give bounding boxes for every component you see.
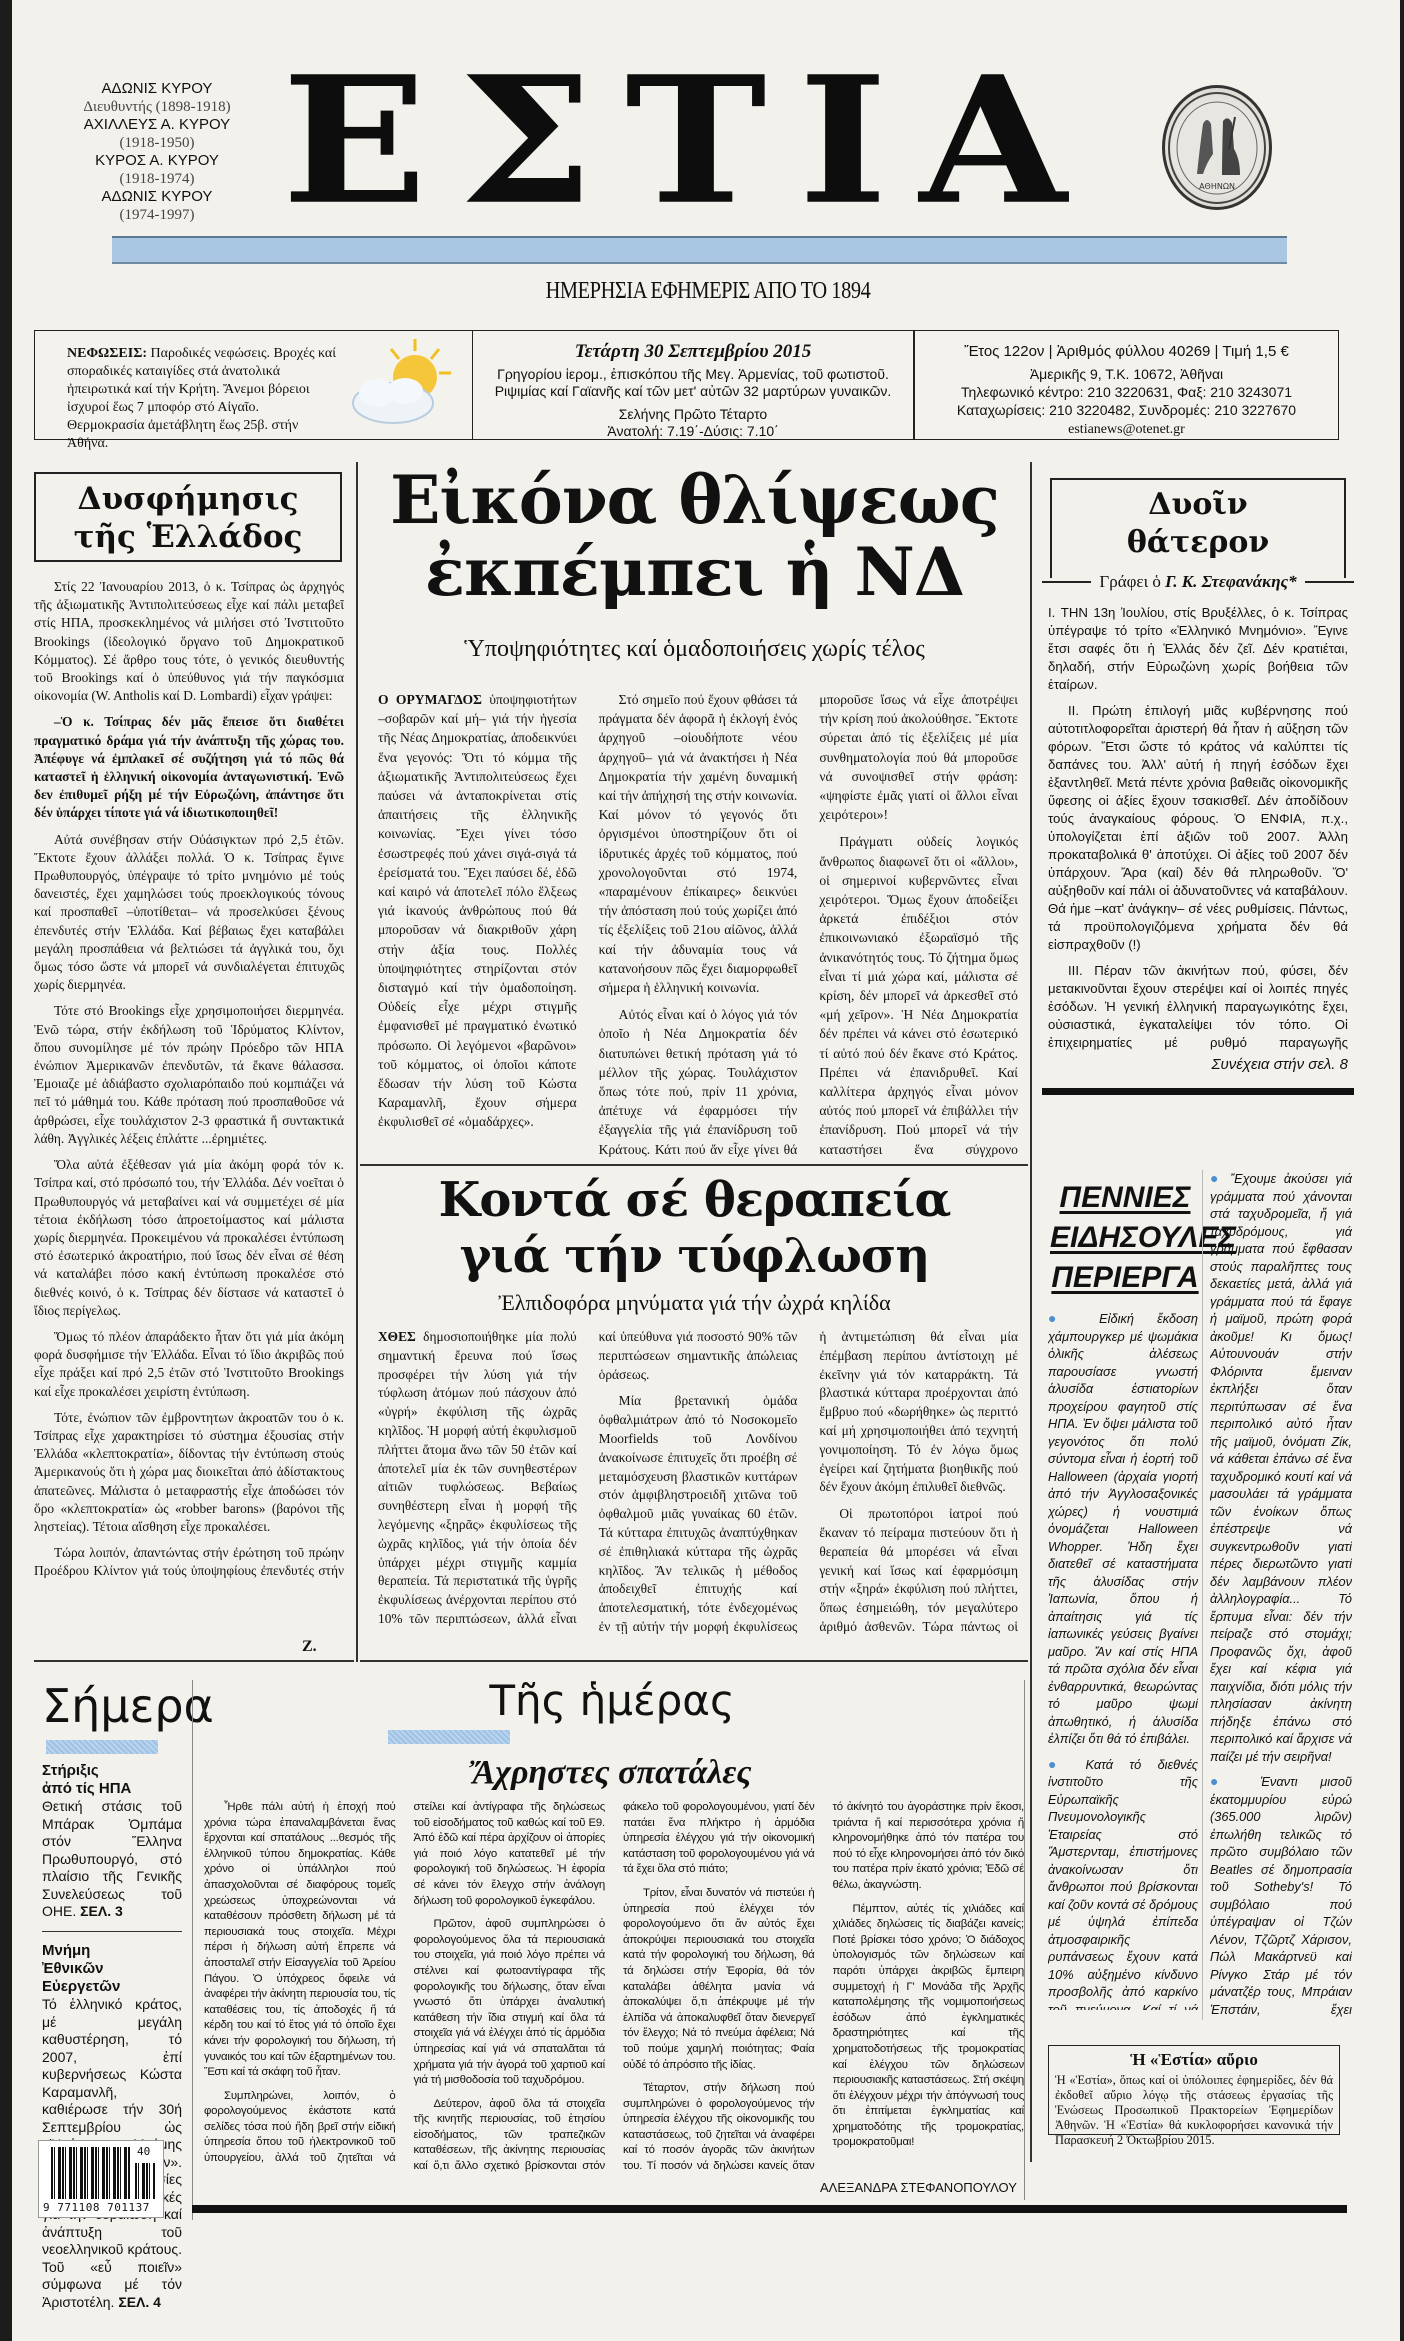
founder-name: ΑΧΙΛΛΕΥΣ Α. ΚΥΡΟΥ [52, 116, 262, 134]
pennies-title-line: ΕΙΔΗΣΟΥΛΕΣ [1050, 1218, 1200, 1258]
simera-heading: Ἐθνικῶν Εὐεργετῶν [42, 1960, 182, 1996]
barcode-addon-icon [135, 2163, 155, 2199]
lead-word: Ο ΟΡΥΜΑΓΔΟΣ [378, 692, 482, 707]
paragraph: –Ὁ κ. Τσίπρας δέν μᾶς ἔπεισε ὅτι διαθέτε… [34, 713, 344, 822]
headline-line: Κοντά σέ θεραπεία [362, 1172, 1027, 1228]
tomorrow-notice-box: Ἡ «Ἑστία» αὔριο Ἡ «Ἑστία», ὅπως καί οἱ ὑ… [1048, 2045, 1340, 2135]
tis-imeras-body: Ἦρθε πάλι αὐτή ἡ ἐποχή πού χρόνια τώρα ἐ… [204, 1800, 1024, 2180]
simera-heading: Μνήμη [42, 1942, 182, 1960]
headline-line: ἐκπέμπει ἡ ΝΔ [362, 536, 1027, 608]
barcode-bars-icon [51, 2147, 131, 2199]
lead-word: ΧΘΕΣ [378, 1329, 416, 1344]
date-box: Τετάρτη 30 Σεπτεμβρίου 2015 Γρηγορίου ἱε… [472, 330, 914, 440]
left-article-headline: Δυσφήμησις τῆς Ἑλλάδος [34, 472, 342, 562]
page-reference-link[interactable]: ΣΕΛ. 4 [118, 2294, 161, 2310]
issue-date: Τετάρτη 30 Σεπτεμβρίου 2015 [473, 343, 913, 360]
paragraph: Αὐτά συνέβησαν στήν Οὐάσιγκτων πρό 2,5 ἐ… [34, 831, 344, 995]
issue-info: Ἔτος 122ον | Ἀριθμός φύλλου 40269 | Τιμή… [915, 343, 1338, 361]
headline-line: γιά τήν τύφλωση [362, 1228, 1027, 1284]
headline-line: Δυοῖν [1052, 486, 1344, 524]
pennies-title: ΠΕΝΝΙΕΣ ΕΙΔΗΣΟΥΛΕΣ ΠΕΡΙΕΡΓΑ [1050, 1178, 1200, 1298]
paragraph: I. ΤΗΝ 13η Ἰουλίου, στίς Βρυξέλλες, ὁ κ.… [1048, 604, 1348, 694]
weather-text: Παροδικές νεφώσεις. Βροχές καί σποραδικέ… [67, 346, 336, 451]
simera-heading: Στήριξις [42, 1762, 182, 1780]
paragraph: Πέμπτον, αὐτές τίς χιλιάδες καί χιλιάδες… [833, 1902, 1025, 2152]
tis-imeras-author: ΑΛΕΞΑΝΔΡΑ ΣΤΕΦΑΝΟΠΟΥΛΟΥ [820, 2180, 1017, 2195]
barcode: 40 9 771108 701137 [38, 2140, 164, 2218]
column-rule [1202, 1170, 1203, 2020]
svg-text:ΑΘΗΝΩΝ: ΑΘΗΝΩΝ [1199, 182, 1235, 191]
paragraph: Ὅμως τό πλέον ἀπαράδεκτο ἦταν ὅτι γιά μί… [34, 1328, 344, 1401]
simera-title: Σήμερα [42, 1678, 162, 1734]
paragraph: II. Πρώτη ἐπιλογή μιᾶς κυβέρνησης πού αὐ… [1048, 702, 1348, 954]
phone-fax: Τηλεφωνικό κέντρο: 210 3220631, Φαξ: 210… [915, 383, 1338, 401]
headline-line: τῆς Ἑλλάδος [36, 518, 340, 556]
page-reference-link[interactable]: ΣΕΛ. 3 [80, 1903, 123, 1919]
pennies-item: Εἰδική ἔκδοση χάμπουργκερ μέ ψωμάκια ὁλι… [1048, 1311, 1198, 1746]
simera-items: Στήριξις ἀπό τίς ΗΠΑ Θετική στάσις τοῦ Μ… [42, 1762, 182, 2311]
bottom-thick-divider [192, 2205, 1347, 2213]
bullet-icon: ● [1210, 1170, 1223, 1186]
column-rule [356, 462, 358, 1662]
tis-imeras-kicker: Τῆς ἡμέρας [192, 1676, 1032, 1726]
founder-name: ΑΔΩΝΙΣ ΚΥΡΟΥ [52, 188, 262, 206]
second-story-body: ΧΘΕΣ δημοσιοποιήθηκε μία πολύ σημαντική … [378, 1328, 1018, 1638]
founder-years: (1918-1950) [52, 134, 262, 152]
masthead-blue-band [112, 236, 1287, 264]
tis-imeras-blue-band [388, 1730, 510, 1744]
pennies-item: Ἔχουμε ἀκούσει γιά γράμματα πού χάνονται… [1210, 1171, 1352, 1764]
headline-line: Δυσφήμησις [36, 480, 340, 518]
paragraph: Τότε στό Brookings εἶχε χρησιμοποιήσει δ… [34, 1002, 344, 1148]
right-article-body: I. ΤΗΝ 13η Ἰουλίου, στίς Βρυξέλλες, ὁ κ.… [1048, 604, 1348, 1054]
sunrise-sunset: Ἀνατολή: 7.19΄-Δύσις: 7.10΄ [473, 423, 913, 440]
byline-prefix: Γράφει ὁ [1099, 572, 1161, 591]
founder-name: ΑΔΩΝΙΣ ΚΥΡΟΥ [52, 80, 262, 98]
byline-author: Γ. Κ. Στεφανάκης* [1165, 572, 1296, 591]
tagline: ΗΜΕΡΗΣΙΑ ΕΦΗΜΕΡΙΣ ΑΠΟ ΤΟ 1894 [116, 278, 1299, 305]
continued-link[interactable]: Συνέχεια στήν σελ. 8 [1048, 1056, 1348, 1073]
bullet-icon: ● [1048, 1310, 1076, 1326]
founder-years: Διευθυντής (1898-1918) [52, 98, 262, 116]
newspaper-logo: ΕΣΤΙΑ [282, 72, 1112, 210]
headline-line: θάτερον [1052, 524, 1344, 562]
divider [42, 1931, 182, 1933]
paragraph: Στίς 22 Ἰανουαρίου 2013, ὁ κ. Τσίπρας ὡς… [34, 578, 344, 705]
right-article-headline: Δυοῖν θάτερον [1050, 478, 1346, 578]
moon-phase: Σελήνης Πρῶτο Τέταρτο [473, 406, 913, 423]
newspaper-page: ΑΔΩΝΙΣ ΚΥΡΟΥ Διευθυντής (1898-1918) ΑΧΙΛ… [12, 0, 1404, 2341]
column-rule [1024, 1680, 1025, 2200]
paragraph: Ὅλα αὐτά ἐξέθεσαν γιά μία ἀκόμη φορά τόν… [34, 1156, 344, 1320]
pennies-col-1: ● Εἰδική ἔκδοση χάμπουργκερ μέ ψωμάκια ὁ… [1048, 1310, 1198, 2010]
paragraph: Πρῶτον, ἀφοῦ συμπληρώσει ὁ φορολογούμενο… [414, 1917, 606, 2089]
left-article-body: Στίς 22 Ἰανουαρίου 2013, ὁ κ. Τσίπρας ὡς… [34, 578, 344, 1578]
paragraph: Στό σημεῖο πού ἔχουν φθάσει τά πράγματα … [599, 690, 798, 997]
bullet-icon: ● [1048, 1756, 1069, 1772]
founders-list: ΑΔΩΝΙΣ ΚΥΡΟΥ Διευθυντής (1898-1918) ΑΧΙΛ… [52, 80, 262, 224]
divider [34, 1660, 354, 1662]
second-headline: Κοντά σέ θεραπεία γιά τήν τύφλωση [362, 1172, 1027, 1284]
paragraph: Τρίτον, εἶναι δυνατόν νά πιστεύει ἡ ὑπηρ… [623, 1886, 815, 2073]
tis-imeras-headline: Ἄχρηστες σπατάλες [192, 1752, 1032, 1794]
column-rule [1030, 462, 1032, 2162]
publication-info-box: Ἔτος 122ον | Ἀριθμός φύλλου 40269 | Τιμή… [914, 330, 1339, 440]
barcode-issue: 40 [137, 2145, 150, 2158]
thick-divider [1042, 1088, 1354, 1095]
bullet-icon: ● [1210, 1773, 1238, 1789]
lead-story-body: Ο ΟΡΥΜΑΓΔΟΣ ὑποψηφιοτήτων –σοβαρῶν καί μ… [378, 690, 1018, 1160]
founder-years: (1918-1974) [52, 170, 262, 188]
ads-subscriptions: Καταχωρίσεις: 210 3220482, Συνδρομές: 21… [915, 401, 1338, 419]
weather-label: ΝΕΦΩΣΕΙΣ: [67, 346, 147, 361]
address: Ἀμερικῆς 9, Τ.Κ. 10672, Ἀθῆναι [915, 365, 1338, 383]
paragraph: ὑποψηφιοτήτων –σοβαρῶν καί μή– γιά τήν ἡ… [378, 692, 577, 1129]
lead-headline: Εἰκόνα θλίψεως ἐκπέμπει ἡ ΝΔ [362, 464, 1027, 608]
email-link[interactable]: estianews@otenet.gr [1068, 422, 1185, 437]
pennies-title-line: ΠΕΝΝΙΕΣ [1050, 1178, 1200, 1218]
byline: Γράφει ὁ Γ. Κ. Στεφανάκης* [1042, 572, 1354, 592]
headline-line: Εἰκόνα θλίψεως [362, 464, 1027, 536]
divider [360, 1660, 1028, 1662]
founder-years: (1974-1997) [52, 206, 262, 224]
pennies-col-2: ● Ἔχουμε ἀκούσει γιά γράμματα πού χάνοντ… [1210, 1170, 1352, 2020]
pennies-title-line: ΠΕΡΙΕΡΓΑ [1050, 1258, 1200, 1298]
lead-subheadline: Ὑποψηφιότητες καί ὁμαδοποιήσεις χωρίς τέ… [362, 636, 1027, 663]
weather-box: ΝΕΦΩΣΕΙΣ: Παροδικές νεφώσεις. Βροχές καί… [34, 330, 474, 440]
simera-text: Θετική στάσις τοῦ Μπάρακ Ὀμπάμα στόν Ἕλλ… [42, 1798, 182, 1919]
tomorrow-text: Ἡ «Ἑστία», ὅπως καί οἱ ὑπόλοιπες ἐφημερί… [1055, 2073, 1333, 2148]
pennies-item: Ἐναντι μισοῦ ἑκατομμυρίου εὐρώ (365.000 … [1210, 1774, 1352, 2020]
paragraph: III. Πέραν τῶν ἀκινήτων πού, φύσει, δέν … [1048, 962, 1348, 1054]
pennies-item: Κατά τό διεθνές ἰνστιτοῦτο τῆς Εὐρωπαϊκῆ… [1048, 1757, 1198, 2011]
paragraph: Τώρα λοιπόν, ἀπαντώντας στήν ἐρώτηση τοῦ… [34, 1544, 344, 1578]
saints-of-day: Γρηγορίου ἱερομ., ἐπισκόπου τῆς Μεγ. Ἀρμ… [473, 366, 913, 400]
simera-heading: ἀπό τίς ΗΠΑ [42, 1780, 182, 1798]
barcode-number: 9 771108 701137 [43, 2201, 150, 2214]
coin-seal-icon: ΑΘΗΝΩΝ [1162, 85, 1272, 210]
tomorrow-title: Ἡ «Ἑστία» αὔριο [1055, 2050, 1333, 2070]
founder-name: ΚΥΡΟΣ Α. ΚΥΡΟΥ [52, 152, 262, 170]
second-subheadline: Ἐλπιδοφόρα μηνύματα γιά τήν ὠχρά κηλίδα [362, 1290, 1027, 1316]
paragraph: Ἦρθε πάλι αὐτή ἡ ἐποχή πού χρόνια τώρα ἐ… [204, 1800, 396, 2081]
article-signature: Ζ. [302, 1638, 317, 1656]
simera-blue-band [46, 1740, 158, 1754]
page-edge-left [0, 0, 12, 2341]
paragraph: Τότε, ἐνώπιον τῶν ἐμβροντητων ἀκροατῶν τ… [34, 1409, 344, 1536]
sun-behind-cloud-icon [343, 337, 453, 432]
page-edge-right [1400, 0, 1404, 2341]
divider [360, 1164, 1028, 1166]
